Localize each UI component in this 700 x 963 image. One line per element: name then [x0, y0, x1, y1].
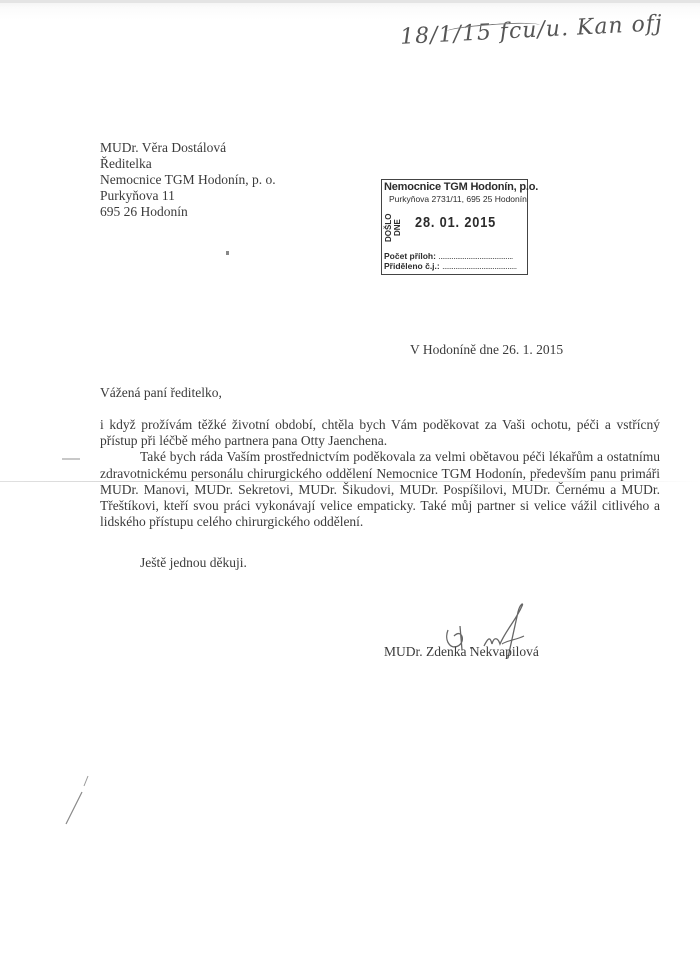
stamp-assigned-label: Přiděleno č.j.: — [384, 261, 440, 271]
scanned-letter-page: 18/1/15 fcu/u. Kan ofj MUDr. Věra Dostál… — [0, 0, 700, 963]
stamp-attachments-dots: ........................................ — [438, 251, 512, 261]
addressee-title: Ředitelka — [100, 156, 276, 172]
received-stamp: Nemocnice TGM Hodonín, p.o. Purkyňova 27… — [381, 179, 528, 275]
addressee-street: Purkyňova 11 — [100, 188, 276, 204]
stamp-day-word: DNE — [393, 219, 402, 236]
stamp-title: Nemocnice TGM Hodonín, p.o. — [384, 181, 538, 193]
paragraph-2: Také bych ráda Vaším prostřednictvím pod… — [100, 449, 660, 530]
stamp-attachments-line: Počet příloh: ..........................… — [384, 251, 513, 261]
addressee-organization: Nemocnice TGM Hodonín, p. o. — [100, 172, 276, 188]
stamp-assigned-line: Přiděleno č.j.: ........................… — [384, 261, 517, 271]
scan-fold-line — [0, 481, 700, 482]
addressee-city: 695 26 Hodonín — [100, 204, 276, 220]
signer-name: MUDr. Zdenka Nekvapilová — [384, 644, 539, 660]
handwritten-registry-note: 18/1/15 fcu/u. Kan ofj — [400, 11, 664, 50]
scan-top-edge — [0, 0, 700, 3]
stray-pen-mark — [60, 770, 110, 830]
closing-line: Ještě jednou děkuji. — [140, 555, 247, 571]
addressee-name: MUDr. Věra Dostálová — [100, 140, 276, 156]
addressee-block: MUDr. Věra Dostálová Ředitelka Nemocnice… — [100, 140, 276, 220]
paragraph-1: i když prožívám těžké životní období, ch… — [100, 417, 660, 449]
place-and-date: V Hodoníně dne 26. 1. 2015 — [410, 342, 563, 358]
stamp-received-word: DOŠLO — [384, 214, 393, 242]
stamp-address: Purkyňova 2731/11, 695 25 Hodonín — [389, 194, 527, 204]
letter-body: i když prožívám těžké životní období, ch… — [100, 417, 660, 530]
stamp-assigned-dots: ........................................ — [442, 261, 516, 271]
stamp-received-label: DOŠLO DNE — [383, 206, 411, 246]
stamp-attachments-label: Počet příloh: — [384, 251, 436, 261]
stamp-received-date: 28. 01. 2015 — [415, 214, 496, 231]
scan-mark — [62, 458, 80, 460]
salutation: Vážená paní ředitelko, — [100, 385, 222, 401]
scan-speck — [226, 251, 229, 255]
